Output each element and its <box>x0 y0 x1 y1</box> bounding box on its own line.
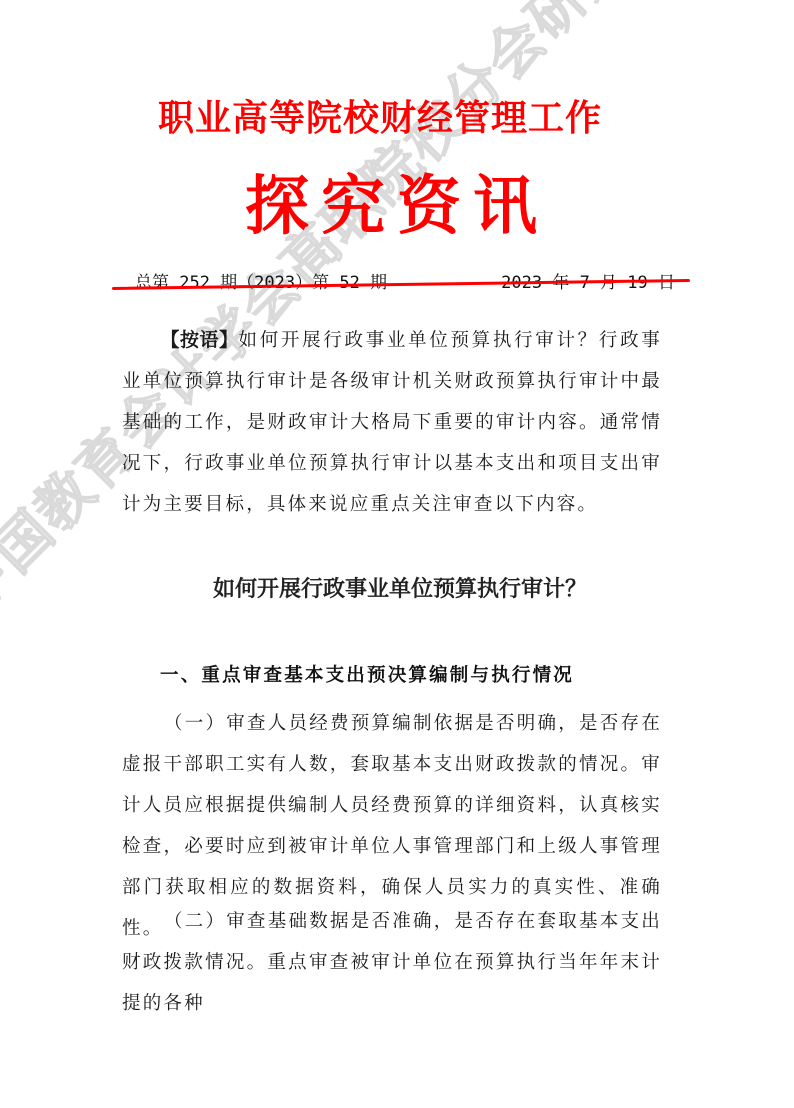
intro-label: 【按语】 <box>160 329 239 351</box>
section-heading: 一、重点审查基本支出预决算编制与执行情况 <box>160 661 574 687</box>
document-page: 中国教育会计学会高职院校分会研究提升办 职业高等院校财经管理工作 探究资讯 总第… <box>0 0 794 1108</box>
body-paragraph-2: （二）审查基础数据是否准确，是否存在套取基本支出财政拨款情况。重点审查被审计单位… <box>122 901 662 1024</box>
intro-text: 如何开展行政事业单位预算执行审计？行政事业单位预算执行审计是各级审计机关财政预算… <box>122 330 662 515</box>
issue-number: 总第 252 期（2023）第 52 期 <box>135 268 387 293</box>
paragraph-text: （二）审查基础数据是否准确，是否存在套取基本支出财政拨款情况。重点审查被审计单位… <box>122 911 662 1014</box>
masthead-subtitle: 职业高等院校财经管理工作 <box>0 90 794 141</box>
masthead-title: 探究资讯 <box>0 155 794 247</box>
article-title: 如何开展行政事业单位预算执行审计？ <box>0 572 794 603</box>
masthead-subtitle-text: 职业高等院校财经管理工作 <box>158 90 602 141</box>
intro-paragraph: 【按语】如何开展行政事业单位预算执行审计？行政事业单位预算执行审计是各级审计机关… <box>122 320 662 525</box>
